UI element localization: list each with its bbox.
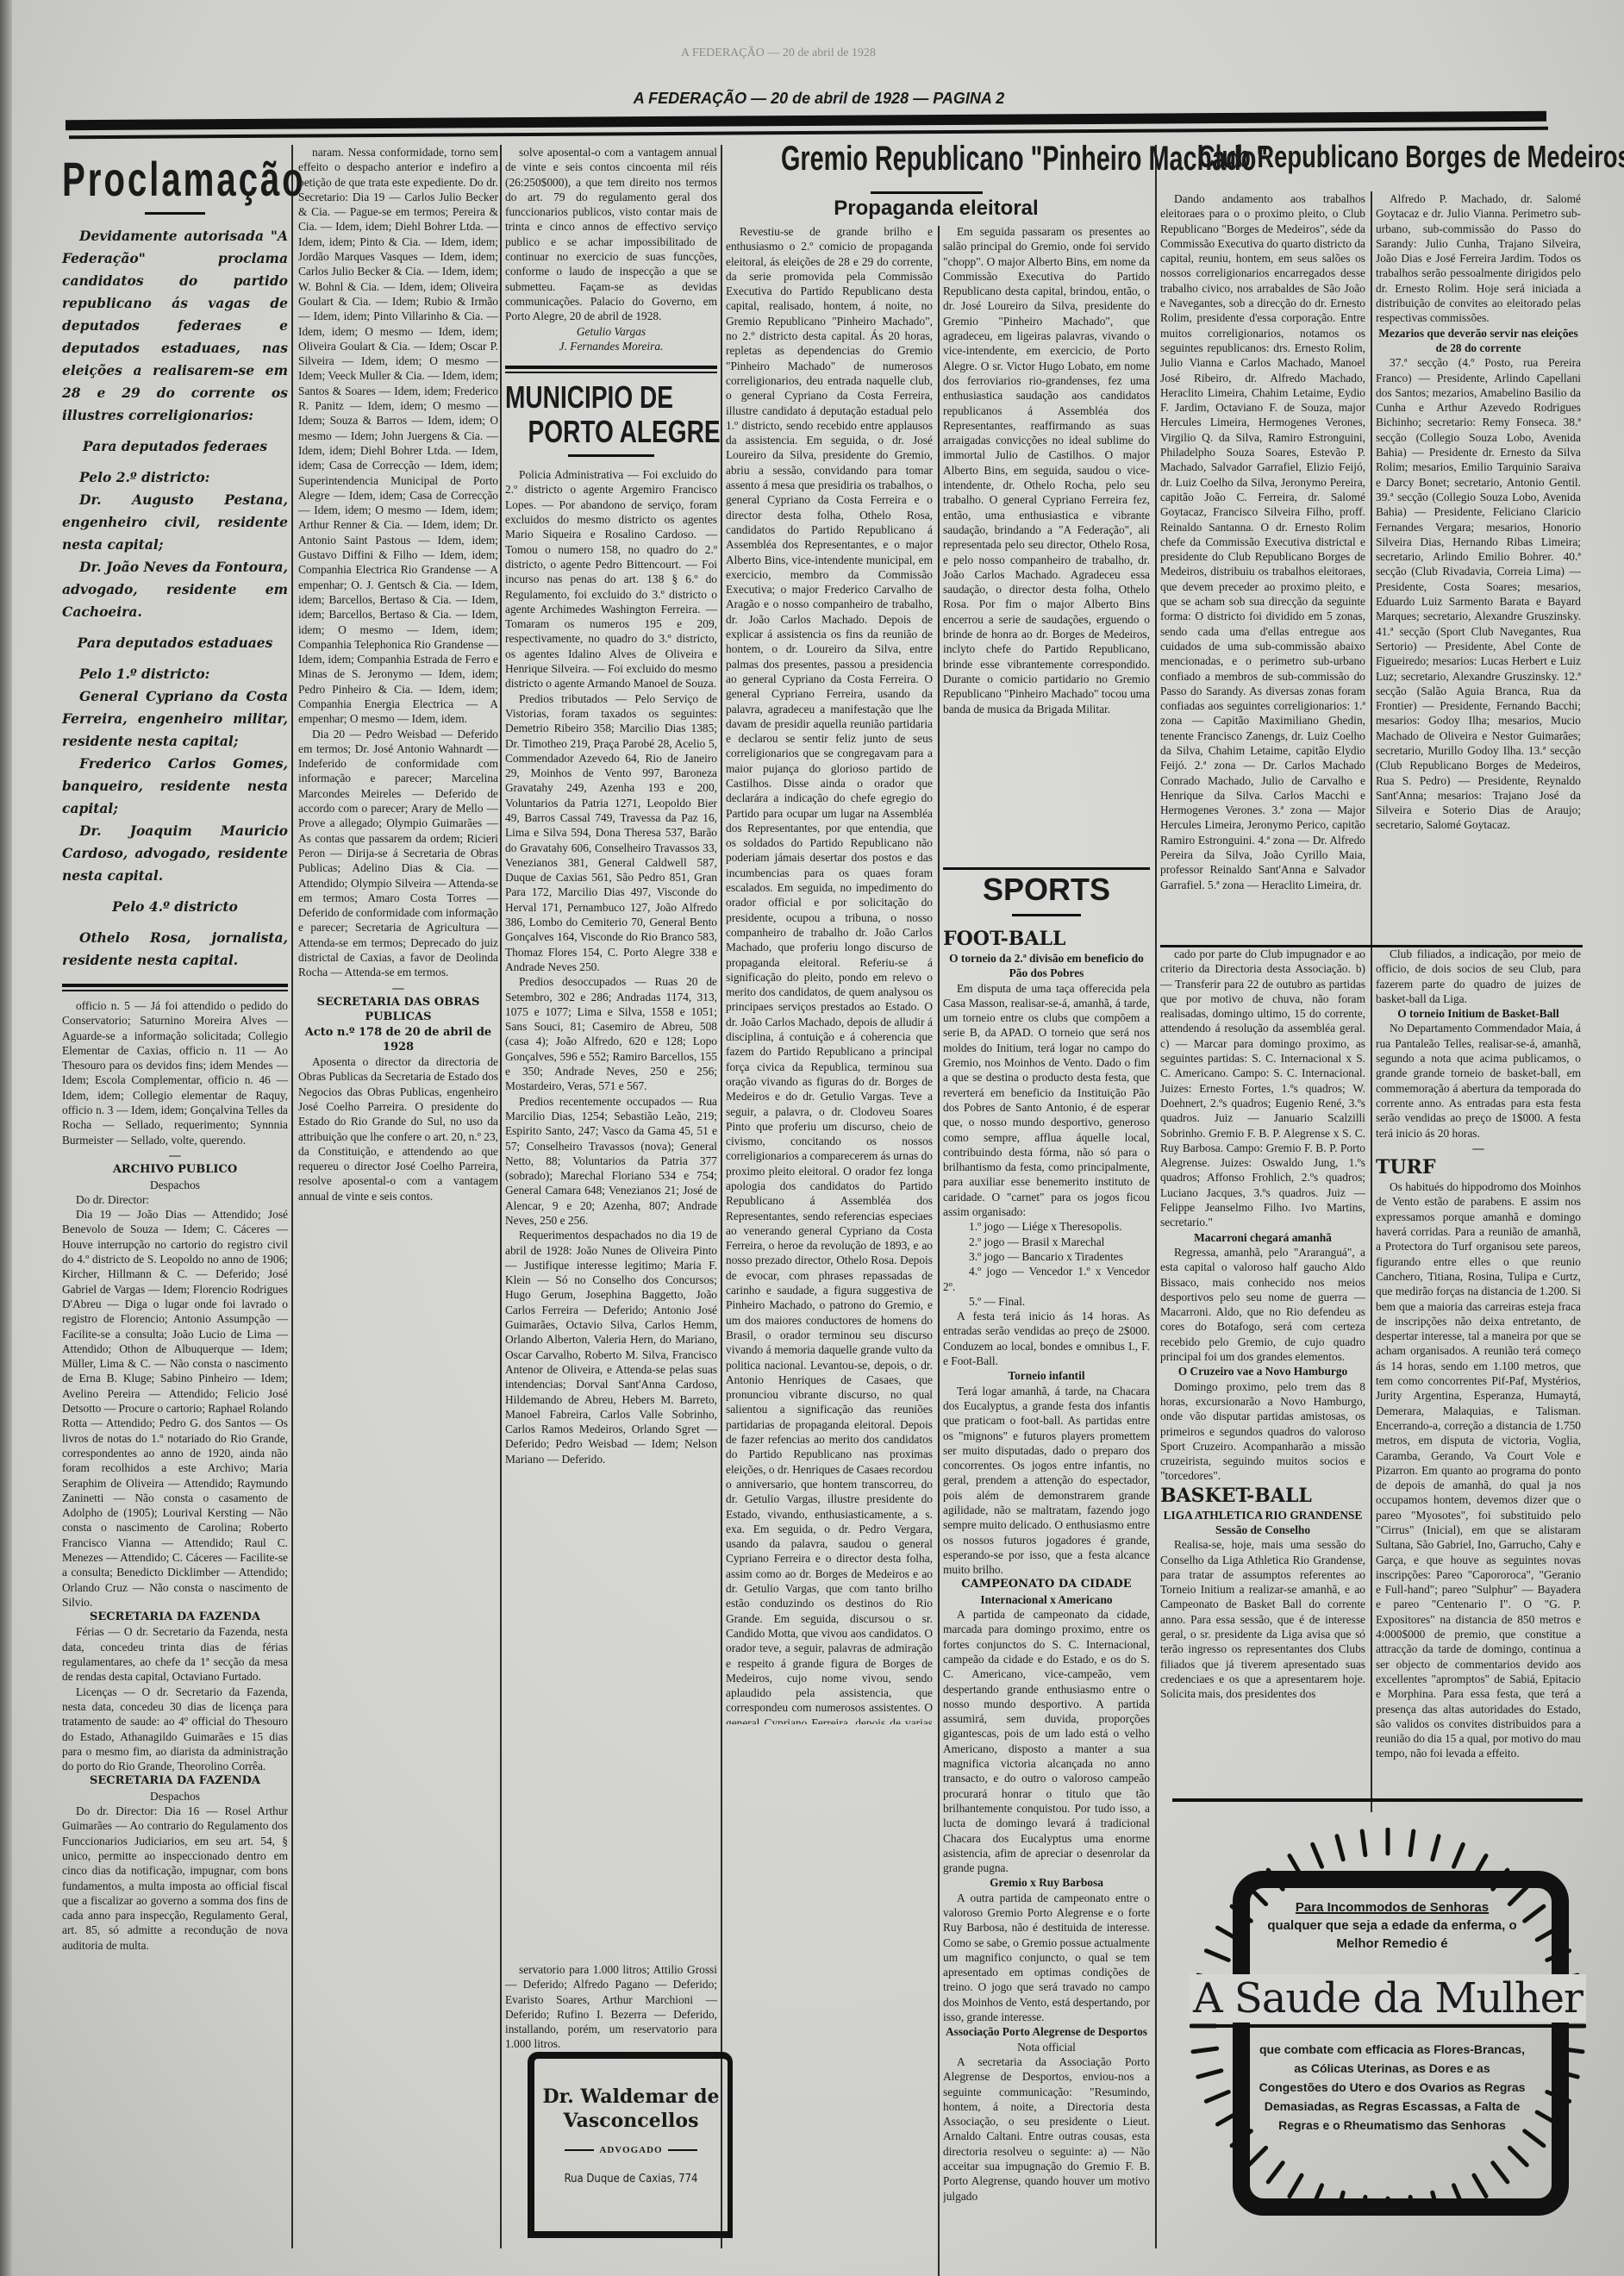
cruzeiro-heading: O Cruzeiro vae a Novo Hamburgo bbox=[1160, 1364, 1365, 1379]
gremio-ruy-heading: Gremio x Ruy Barbosa bbox=[943, 1875, 1150, 1890]
separator: — bbox=[62, 1147, 288, 1162]
archivo-text: Dia 19 — João Dias — Attendido; José Ben… bbox=[62, 1207, 288, 1610]
club-borges-title: Club Republicano Borges de Medeiros bbox=[1198, 138, 1526, 176]
ad-brand-rule bbox=[1207, 2024, 1586, 2028]
acto-line: Acto n.º 178 de 20 de abril de 1928 bbox=[298, 1025, 498, 1055]
mezarios-text: 37.ª secção (4.º Posto, rua Pereira Fran… bbox=[1376, 355, 1581, 833]
basket-title: BASKET-BALL bbox=[1160, 1484, 1365, 1508]
candidate: Dr. Joaquim Mauricio Cardoso, advogado, … bbox=[62, 820, 288, 887]
proclamacao-intro: Devidamente autorisada "A Federação" pro… bbox=[62, 225, 288, 427]
requerimentos-end: servatorio para 1.000 litros; Attilio Gr… bbox=[505, 1962, 717, 2052]
nota-text: A secretaria da Associação Porto Alegren… bbox=[943, 2054, 1150, 2204]
decree-text: solve aposental-o com a vantagem annual … bbox=[505, 145, 717, 324]
game-item: 4.º jogo — Vencedor 1.º x Vencedor 2º. bbox=[943, 1264, 1150, 1294]
ad-credit: Cia. Nac. & Pub. Lit. Rua Jacksonville bbox=[1319, 2207, 1399, 2212]
ad-top-body: qualquer que seja a edade da enferma, o … bbox=[1267, 1918, 1516, 1951]
game-item: 3.º jogo — Bancario x Tiradentes bbox=[943, 1249, 1150, 1264]
ferias-text: Férias — O dr. Secretario da Fazenda, ne… bbox=[62, 1624, 288, 1684]
liga-text: Club filiados, a indicação, por meio de … bbox=[1376, 947, 1581, 1006]
lawyer-address: Rua Duque de Caxias, 774 bbox=[534, 2173, 728, 2185]
club-column-a: Dando andamento aos trabalhos eleitoraes… bbox=[1160, 191, 1365, 941]
torneio-end: A festa terá inicio ás 14 horas. As entr… bbox=[943, 1309, 1150, 1368]
turf-text: Os habitués do hippodromo dos Moinhos de… bbox=[1376, 1179, 1581, 1761]
sessao-text: Realisa-se, hoje, mais uma sessão do Con… bbox=[1160, 1537, 1365, 1701]
ad-brand: A Saude da Mulher bbox=[1190, 1974, 1586, 2023]
separator: — bbox=[1376, 1141, 1581, 1155]
column-divider bbox=[500, 145, 502, 2248]
sports-right-column-b: Club filiados, a indicação, por meio de … bbox=[1376, 947, 1581, 1809]
ad-headline: Para Incommodos de Senhoras bbox=[1296, 1900, 1489, 1915]
title-rule bbox=[568, 454, 654, 457]
municipio-title-line1: MUNICIPIO DE bbox=[505, 379, 673, 415]
torneio-text: Em disputa de uma taça offerecida pela C… bbox=[943, 981, 1150, 1220]
lawyer-profession: ADVOGADO bbox=[534, 2145, 728, 2155]
proclamacao-title: Proclamação bbox=[62, 152, 285, 207]
torneio-heading: O torneio da 2.ª divisão em beneficio do… bbox=[943, 951, 1150, 981]
infantil-text: Terá logar amanhã, á tarde, na Chacara d… bbox=[943, 1384, 1150, 1578]
district4-heading: Pelo 4.º districto bbox=[62, 896, 288, 918]
gremio-text-a: Revestiu-se de grande brilho e enthusias… bbox=[726, 224, 933, 1724]
signature: Getulio Vargas bbox=[505, 324, 717, 339]
ad-top-text: Para Incommodos de Senhoras qualquer que… bbox=[1250, 1898, 1534, 1953]
archivo-heading: ARCHIVO PUBLICO bbox=[62, 1162, 288, 1177]
fazenda-sub: Despachos bbox=[62, 1789, 288, 1804]
archivo-sub: Despachos bbox=[62, 1178, 288, 1192]
acto-text: Aposenta o director da directoria de Obr… bbox=[298, 1054, 498, 1204]
gremio-text-b: Em seguida passaram os presentes ao salã… bbox=[943, 224, 1150, 716]
predios-occupados: Predios recentemente occupados — Rua Mar… bbox=[505, 1094, 717, 1229]
lawyer-name: Dr. Waldemar de Vasconcellos bbox=[534, 2085, 728, 2133]
column-divider bbox=[1371, 191, 1372, 1812]
campeonato-heading: CAMPEONATO DA CIDADE bbox=[943, 1577, 1150, 1591]
ad-bottom-text: que combate com efficacia as Flores-Bran… bbox=[1259, 2040, 1526, 2135]
expediente-text: officio n. 5 — Já foi attendido o pedido… bbox=[62, 998, 288, 1147]
associacao-heading: Associação Porto Alegrense de Desportos bbox=[943, 2024, 1150, 2039]
football-title: FOOT-BALL bbox=[943, 927, 1150, 951]
mezarios-heading: Mezarios que deverão servir nas eleições… bbox=[1376, 326, 1581, 356]
infantil-heading: Torneio infantil bbox=[943, 1368, 1150, 1383]
gremio-title: Gremio Republicano "Pinheiro Machado" bbox=[781, 138, 1091, 179]
games-list: 1.º jogo — Liége x Theresopolis. 2.º jog… bbox=[943, 1219, 1150, 1309]
macarroni-heading: Macarroni chegará amanhã bbox=[1160, 1230, 1365, 1245]
column-divider bbox=[291, 145, 293, 2248]
column-divider bbox=[938, 226, 940, 2276]
section-rule bbox=[943, 867, 1150, 870]
club-column-b: Alfredo P. Machado, dr. Salomé Goytacaz … bbox=[1376, 191, 1581, 941]
sports-column: SPORTS FOOT-BALL O torneio da 2.ª divisã… bbox=[943, 871, 1150, 2267]
fazenda-text: Do dr. Director: Dia 16 — Rosel Arthur G… bbox=[62, 1804, 288, 1953]
column-1: Proclamação Devidamente autorisada "A Fe… bbox=[62, 145, 288, 1953]
gremio-column-a: Revestiu-se de grande brilho e enthusias… bbox=[726, 224, 933, 1724]
column-divider bbox=[1155, 145, 1157, 2248]
municipio-title-line2: PORTO ALEGRE bbox=[505, 415, 721, 449]
title-rule bbox=[1012, 914, 1081, 916]
candidate: Frederico Carlos Gomes, banqueiro, resid… bbox=[62, 753, 288, 820]
cruzeiro-text: Domingo proximo, pelo trem das 8 horas, … bbox=[1160, 1379, 1365, 1484]
requerimentos-text: Requerimentos despachados no dia 19 de a… bbox=[505, 1228, 717, 1466]
separator: — bbox=[298, 980, 498, 995]
turf-title: TURF bbox=[1376, 1155, 1581, 1179]
header-line: A FEDERAÇÃO — 20 de abril de 1928 — PAGI… bbox=[52, 90, 1586, 108]
liga-heading: LIGA ATHLETICA RIO GRANDENSE bbox=[1160, 1508, 1365, 1523]
candidate: General Cypriano da Costa Ferreira, enge… bbox=[62, 685, 288, 753]
district2-heading: Pelo 2.º districto: bbox=[62, 466, 288, 489]
despachos-text: naram. Nessa conformidade, torno sem eff… bbox=[298, 145, 498, 727]
club-text-a: Dando andamento aos trabalhos eleitoraes… bbox=[1160, 191, 1365, 892]
obras-heading: SECRETARIA DAS OBRAS PUBLICAS bbox=[298, 995, 498, 1025]
macarroni-text: Regressa, amanhã, pelo "Araranguá", a es… bbox=[1160, 1245, 1365, 1364]
initium-heading: O torneio Initium de Basket-Ball bbox=[1376, 1006, 1581, 1021]
state-heading: Para deputados estaduaes bbox=[62, 632, 288, 654]
gremio-ruy-text: A outra partida de campeonato entre o va… bbox=[943, 1891, 1150, 2025]
district1-heading: Pelo 1.º districto: bbox=[62, 663, 288, 685]
inter-text: A partida de campeonato da cidade, marca… bbox=[943, 1607, 1150, 1875]
bleed-through-text: A FEDERAÇÃO — 20 de abril de 1928 bbox=[681, 47, 876, 60]
policia-text: Policia Administrativa — Foi excluido do… bbox=[505, 467, 717, 691]
game-item: 5.º — Final. bbox=[943, 1294, 1150, 1309]
candidate: Dr. Augusto Pestana, engenheiro civil, r… bbox=[62, 489, 288, 556]
candidate: Dr. João Neves da Fontoura, advogado, re… bbox=[62, 556, 288, 623]
column-3: solve aposental-o com a vantagem annual … bbox=[505, 145, 717, 1466]
predios-tributados: Predios tributados — Pelo Serviço de Vis… bbox=[505, 691, 717, 975]
licencas-text: Licenças — O dr. Secretario da Fazenda, … bbox=[62, 1685, 288, 1774]
lawyer-advertisement: Dr. Waldemar de Vasconcellos ADVOGADO Ru… bbox=[528, 2052, 733, 2238]
proclamacao-body: Devidamente autorisada "A Federação" pro… bbox=[62, 225, 288, 972]
candidate: Othelo Rosa, jornalista, residente nesta… bbox=[62, 927, 288, 972]
municipio-title: MUNICIPIO DE PORTO ALEGRE bbox=[505, 380, 721, 449]
gremio-column-b: Em seguida passaram os presentes ao salã… bbox=[943, 224, 1150, 862]
sessao-heading: Sessão de Conselho bbox=[1160, 1523, 1365, 1537]
despachos-text-b: Dia 20 — Pedro Weisbad — Deferido em ter… bbox=[298, 727, 498, 980]
archivo-from: Do dr. Director: bbox=[62, 1192, 288, 1207]
game-item: 2.º jogo — Brasil x Marechal bbox=[943, 1235, 1150, 1249]
column-3-end: servatorio para 1.000 litros; Attilio Gr… bbox=[505, 1962, 717, 2052]
inter-heading: Internacional x Americano bbox=[943, 1592, 1150, 1607]
signature: J. Fernandes Moreira. bbox=[505, 339, 717, 353]
initium-text: No Departamento Commendador Maia, á rua … bbox=[1376, 1021, 1581, 1140]
nota-heading: Nota official bbox=[943, 2040, 1150, 2054]
column-2: naram. Nessa conformidade, torno sem eff… bbox=[298, 145, 498, 1204]
title-rule bbox=[145, 212, 205, 215]
saude-da-mulher-advertisement: Para Incommodos de Senhoras qualquer que… bbox=[1190, 1828, 1586, 2207]
club-text-b: Alfredo P. Machado, dr. Salomé Goytacaz … bbox=[1376, 191, 1581, 326]
title-rule bbox=[871, 191, 983, 194]
apad-text: cado por parte do Club impugnador e ao c… bbox=[1160, 947, 1365, 1230]
fazenda-heading-2: SECRETARIA DA FAZENDA bbox=[62, 1773, 288, 1788]
section-rule bbox=[505, 366, 717, 373]
federal-heading: Para deputados federaes bbox=[62, 435, 288, 458]
sports-title: SPORTS bbox=[943, 871, 1150, 909]
column-divider bbox=[721, 145, 722, 2248]
section-rule bbox=[62, 984, 288, 991]
game-item: 1.º jogo — Liége x Theresopolis. bbox=[943, 1219, 1150, 1234]
sports-right-column-a: cado por parte do Club impugnador e ao c… bbox=[1160, 947, 1365, 1809]
section-rule bbox=[1172, 1798, 1583, 1802]
fazenda-heading: SECRETARIA DA FAZENDA bbox=[62, 1610, 288, 1624]
gremio-subtitle: Propaganda eleitoral bbox=[721, 197, 1152, 221]
predios-desoccupados: Predios desoccupados — Ruas 20 de Setemb… bbox=[505, 974, 717, 1093]
page-edge-shadow bbox=[0, 0, 12, 2276]
